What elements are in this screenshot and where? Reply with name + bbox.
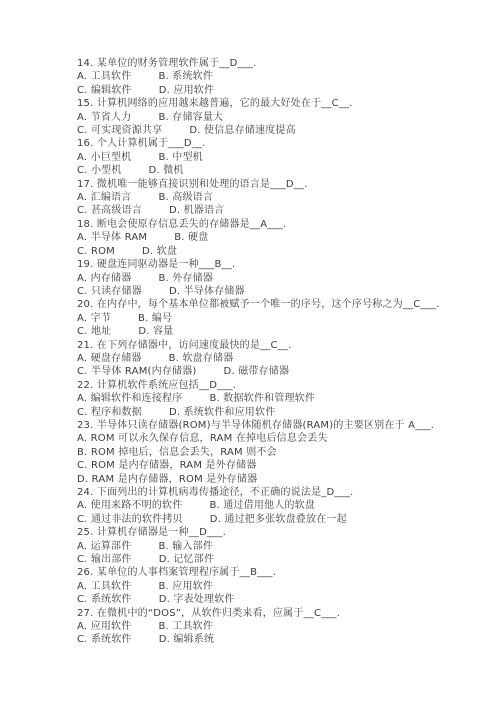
option-row: C. 程序和数据D. 系统软件和应用软件 [77,406,490,419]
option-cell: D. 微机 [149,164,184,177]
option-cell: C. 程序和数据 [77,406,142,419]
option-row: C. 编辑软件D. 应用软件 [77,84,490,97]
option-row: A. 节省人力B. 存储容量大 [77,111,490,124]
option-cell: C. 只读存储器 [77,285,142,298]
option-row: A. 运算部件B. 输入部件 [77,540,490,553]
option-row: A. 使用来路不明的软件B. 通过借用他人的软盘 [77,499,490,512]
option-cell: C. 小型机 [77,164,122,177]
option-row: D. RAM 是内存储器，ROM 是外存储器 [77,473,490,486]
option-cell: C. 甚高级语言 [77,204,142,217]
question-line: 21. 在下列存储器中，访问速度最快的是__C__. [77,339,490,352]
question-line: 24. 下面列出的计算机病毒传播途径，不正确的说法是_D___. [77,486,490,499]
option-row: A. 硬盘存储器B. 软盘存储器 [77,352,490,365]
option-cell: B. 外存储器 [158,272,213,285]
option-cell: A. 内存储器 [77,272,131,285]
question-line: 22. 计算机软件系统应包括__D___. [77,379,490,392]
option-cell: A. 小巨型机 [77,151,131,164]
option-cell: D. RAM 是内存储器，ROM 是外存储器 [77,473,257,486]
option-cell: C. 半导体 RAM(内存储器) [77,365,197,378]
option-cell: D. 磁带存储器 [224,365,290,378]
option-row: C. 通过非法的软件拷贝D. 通过把多张软盘叠放在一起 [77,513,490,526]
option-cell: A. 编辑软件和连接程序 [77,392,182,405]
question-line: 27. 在微机中的“DOS”，从软件归类来看，应属于__C___. [77,607,490,620]
option-row: C. ROM 是内存储器，RAM 是外存储器 [77,459,490,472]
question-list: 14. 某单位的财务管理软件属于__D___.A. 工具软件B. 系统软件C. … [77,57,490,647]
question-line: 15. 计算机网络的应用越来越普遍，它的最大好处在于__C__. [77,97,490,110]
question-line: 20. 在内存中，每个基本单位都被赋予一个唯一的序号，这个序号称之为__C___… [77,298,490,311]
option-cell: A. 运算部件 [77,540,131,553]
option-cell: C. 系统软件 [77,593,132,606]
option-cell: A. 工具软件 [77,580,131,593]
option-cell: D. 通过把多张软盘叠放在一起 [210,513,347,526]
option-cell: D. 半导体存储器 [169,285,245,298]
option-cell: D. 软盘 [142,245,177,258]
option-cell: B. 数据软件和管理软件 [209,392,315,405]
option-row: C. 系统软件D. 编辑系统 [77,633,490,646]
option-cell: D. 应用软件 [159,84,214,97]
option-row: C. ROMD. 软盘 [77,245,490,258]
option-cell: D. 字表处理软件 [159,593,235,606]
question-line: 19. 硬盘连同驱动器是一种___B__. [77,258,490,271]
option-row: C. 小型机D. 微机 [77,164,490,177]
option-cell: D. 使信息存储速度提高 [189,124,295,137]
option-cell: D. 记忆部件 [159,553,214,566]
option-row: C. 地址D. 容量 [77,325,490,338]
option-row: C. 甚高级语言D. 机器语言 [77,204,490,217]
option-row: A. 工具软件B. 应用软件 [77,580,490,593]
option-cell: B. 输入部件 [158,540,213,553]
option-row: A. 编辑软件和连接程序B. 数据软件和管理软件 [77,392,490,405]
option-cell: C. ROM 是内存储器，RAM 是外存储器 [77,459,257,472]
question-line: 17. 微机唯一能够直接识别和处理的语言是___D__. [77,178,490,191]
option-row: A. ROM 可以永久保存信息，RAM 在掉电后信息会丢失 [77,432,490,445]
option-row: C. 输出部件D. 记忆部件 [77,553,490,566]
option-cell: C. 系统软件 [77,633,132,646]
option-cell: B. 工具软件 [158,620,213,633]
option-cell: D. 编辑系统 [159,633,214,646]
option-cell: B. 通过借用他人的软盘 [209,499,315,512]
option-cell: A. 工具软件 [77,70,131,83]
option-cell: A. 半导体 RAM [77,231,147,244]
option-cell: C. ROM [77,245,115,258]
option-cell: B. 应用软件 [158,580,213,593]
option-cell: A. 字节 [77,312,111,325]
option-cell: D. 机器语言 [169,204,224,217]
option-cell: D. 容量 [138,325,173,338]
option-row: A. 汇编语言B. 高级语言 [77,191,490,204]
option-cell: C. 通过非法的软件拷贝 [77,513,183,526]
option-cell: D. 系统软件和应用软件 [169,406,275,419]
question-line: 25. 计算机存储器是一种__D___. [77,526,490,539]
option-cell: B. 中型机 [158,151,202,164]
option-row: C. 系统软件D. 字表处理软件 [77,593,490,606]
option-cell: C. 编辑软件 [77,84,132,97]
option-cell: B. 软盘存储器 [169,352,234,365]
option-cell: A. 节省人力 [77,111,131,124]
option-cell: B. 存储容量大 [158,111,223,124]
option-row: C. 半导体 RAM(内存储器)D. 磁带存储器 [77,365,490,378]
option-row: B. ROM 掉电后，信息会丢失，RAM 则不会 [77,446,490,459]
question-line: 23. 半导体只读存储器(ROM)与半导体随机存储器(RAM)的主要区别在于 A… [77,419,490,432]
option-cell: B. ROM 掉电后，信息会丢失，RAM 则不会 [77,446,277,459]
option-row: A. 字节B. 编号 [77,312,490,325]
option-cell: C. 输出部件 [77,553,132,566]
option-cell: B. 系统软件 [158,70,213,83]
option-cell: B. 硬盘 [174,231,208,244]
option-cell: B. 编号 [138,312,172,325]
option-cell: C. 地址 [77,325,111,338]
question-line: 16. 个人计算机属于___D__. [77,137,490,150]
question-line: 14. 某单位的财务管理软件属于__D___. [77,57,490,70]
question-line: 18. 断电会使原存信息丢失的存储器是__A___. [77,218,490,231]
question-line: 26. 某单位的人事档案管理程序属于__B___. [77,566,490,579]
option-row: C. 可实现资源共享D. 使信息存储速度提高 [77,124,490,137]
option-cell: B. 高级语言 [158,191,213,204]
option-row: A. 小巨型机B. 中型机 [77,151,490,164]
option-cell: A. 硬盘存储器 [77,352,142,365]
option-row: A. 应用软件B. 工具软件 [77,620,490,633]
option-cell: A. 使用来路不明的软件 [77,499,182,512]
option-cell: C. 可实现资源共享 [77,124,162,137]
option-row: A. 工具软件B. 系统软件 [77,70,490,83]
document-page: 14. 某单位的财务管理软件属于__D___.A. 工具软件B. 系统软件C. … [0,0,500,707]
option-cell: A. 汇编语言 [77,191,131,204]
option-cell: A. 应用软件 [77,620,131,633]
option-row: A. 内存储器B. 外存储器 [77,272,490,285]
option-row: C. 只读存储器D. 半导体存储器 [77,285,490,298]
option-row: A. 半导体 RAMB. 硬盘 [77,231,490,244]
option-cell: A. ROM 可以永久保存信息，RAM 在掉电后信息会丢失 [77,432,328,445]
